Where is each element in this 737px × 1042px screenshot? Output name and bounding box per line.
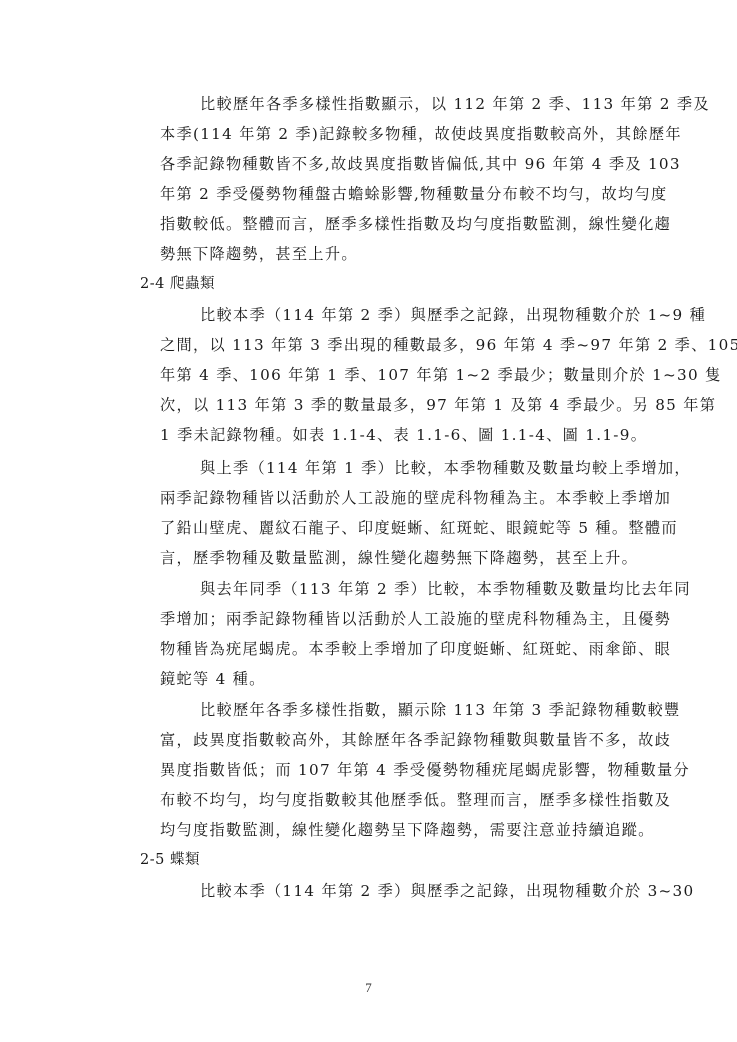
text-line: 均勻度指數監測，線性變化趨勢呈下降趨勢，需要注意並持續追蹤。 [160,820,655,840]
text-line: 比較歷年各季多樣性指數顯示，以 112 年第 2 季、113 年第 2 季及 [200,94,710,114]
document-page: 比較歷年各季多樣性指數顯示，以 112 年第 2 季、113 年第 2 季及 本… [0,0,737,1042]
text-line: 指數較低。整體而言，歷季多樣性指數及均勻度指數監測，線性變化趨 [160,214,671,234]
text-line: 勢無下降趨勢，甚至上升。 [160,244,358,264]
page-number: 7 [0,980,737,996]
text-line: 1 季未記錄物種。如表 1.1-4、表 1.1-6、圖 1.1-4、圖 1.1-… [160,425,647,445]
text-line: 了鉛山壁虎、麗紋石龍子、印度蜓蜥、紅斑蛇、眼鏡蛇等 5 種。整體而 [160,518,678,538]
text-line: 比較本季（114 年第 2 季）與歷季之記錄，出現物種數介於 1~9 種 [200,305,706,325]
text-line: 比較歷年各季多樣性指數，顯示除 113 年第 3 季記錄物種數較豐 [200,700,681,720]
text-line: 年第 4 季、106 年第 1 季、107 年第 1~2 季最少；數量則介於 1… [160,365,722,385]
text-line: 物種皆為疣尾蝎虎。本季較上季增加了印度蜓蜥、紅斑蛇、雨傘節、眼 [160,639,671,659]
text-line: 與上季（114 年第 1 季）比較，本季物種數及數量均較上季增加， [200,458,691,478]
text-line: 各季記錄物種數皆不多,故歧異度指數皆偏低,其中 96 年第 4 季及 103 [160,154,681,174]
text-line: 與去年同季（113 年第 2 季）比較，本季物種數及數量均比去年同 [200,579,691,599]
text-line: 鏡蛇等 4 種。 [160,669,266,689]
text-line: 比較本季（114 年第 2 季）與歷季之記錄，出現物種數介於 3~30 [200,881,695,901]
text-line: 年第 2 季受優勢物種盤古蟾蜍影響,物種數量分布較不均勻，故均勻度 [160,184,667,204]
text-line: 布較不均勻，均勻度指數較其他歷季低。整理而言，歷季多樣性指數及 [160,790,671,810]
section-heading-reptiles: 2-4 爬蟲類 [140,274,215,294]
text-line: 季增加；兩季記錄物種皆以活動於人工設施的壁虎科物種為主，且優勢 [160,609,671,629]
text-line: 富，歧異度指數較高外，其餘歷年各季記錄物種數與數量皆不多，故歧 [160,730,671,750]
text-line: 言，歷季物種及數量監測，線性變化趨勢無下降趨勢，甚至上升。 [160,548,638,568]
text-line: 兩季記錄物種皆以活動於人工設施的壁虎科物種為主。本季較上季增加 [160,488,671,508]
text-line: 次，以 113 年第 3 季的數量最多，97 年第 1 及第 4 季最少。另 8… [160,395,716,415]
text-line: 之間，以 113 年第 3 季出現的種數最多，96 年第 4 季~97 年第 2… [160,335,737,355]
section-heading-butterflies: 2-5 蝶類 [140,850,200,870]
text-line: 本季(114 年第 2 季)記錄較多物種，故使歧異度指數較高外，其餘歷年 [160,124,682,144]
text-line: 異度指數皆低；而 107 年第 4 季受優勢物種疣尾蝎虎影響，物種數量分 [160,760,690,780]
